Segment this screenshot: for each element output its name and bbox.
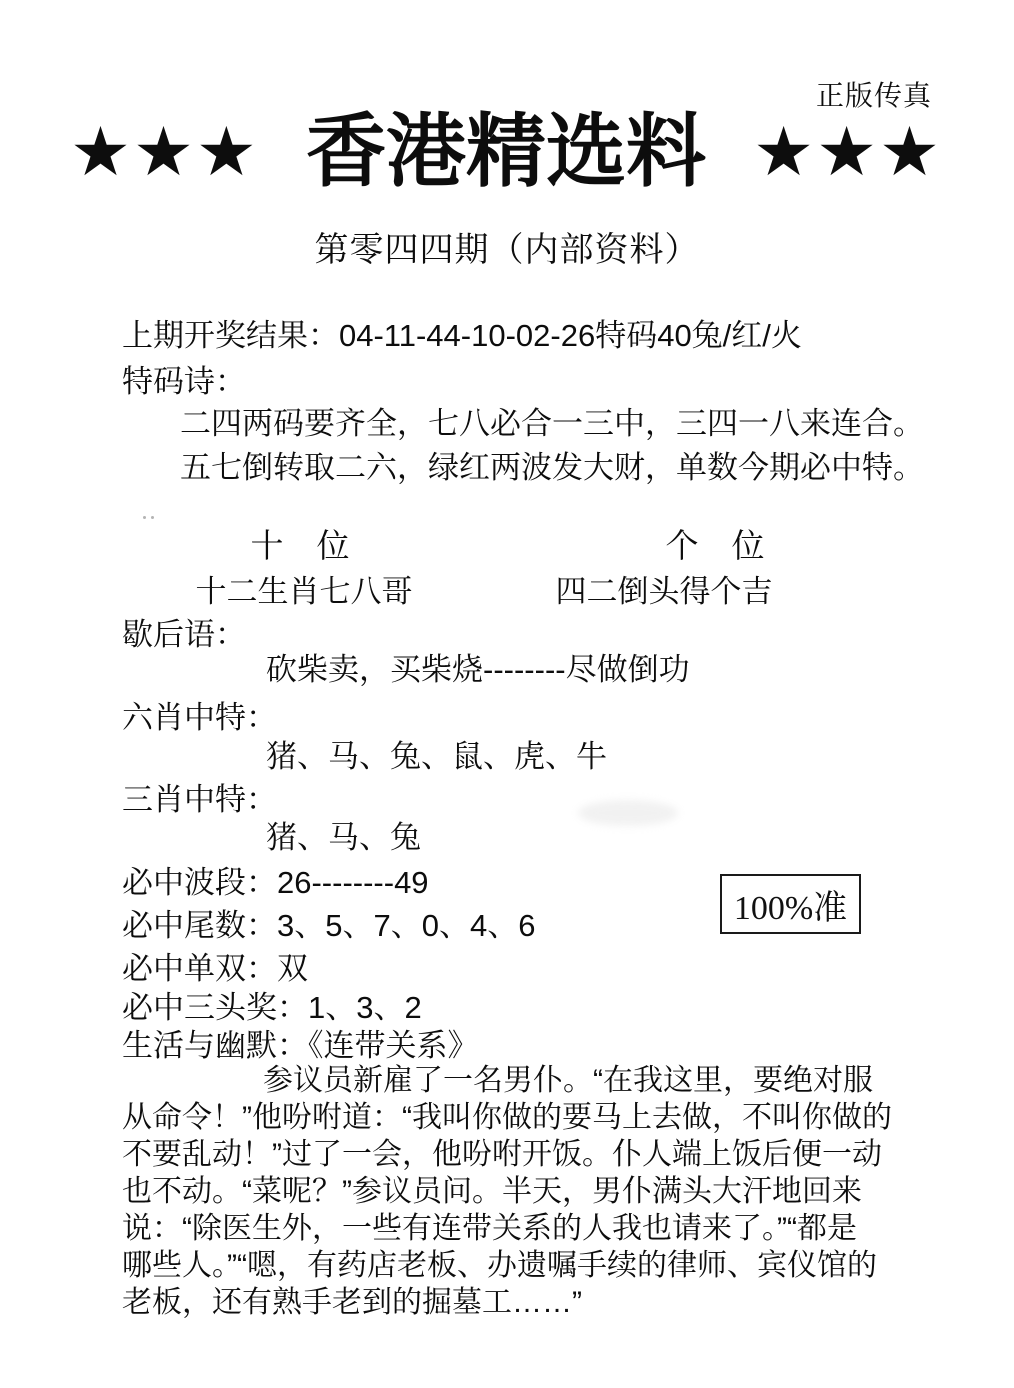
ones-place-hint: 四二倒头得个吉 — [556, 566, 773, 611]
page-title: 香港精选料 — [306, 112, 706, 192]
last-draw-value: 04-11-44-10-02-26特码40兔/红/火 — [339, 318, 802, 353]
scan-artifact-dots — [143, 516, 155, 520]
story-line: 从命令！”他吩咐道：“我叫你做的要马上去做，不叫你做的 — [122, 1099, 912, 1136]
six-zodiac-value: 猪、马、兔、鼠、虎、牛 — [266, 739, 607, 775]
six-zodiac-label: 六肖中特： — [122, 700, 277, 736]
stars-right-decoration: ★★★ — [753, 118, 942, 186]
story-line: 参议员新雇了一名男仆。“在我这里，要绝对服 — [122, 1062, 912, 1099]
prediction-wave-range-value: 26--------49 — [277, 865, 429, 900]
fax-sheet-page: 正版传真 ★★★ 香港精选料 ★★★ 第零四四期（内部资料） 上期开奖结果：04… — [0, 0, 1014, 1388]
three-zodiac-value: 猪、马、兔 — [266, 820, 421, 856]
accuracy-stamp-text: 100%准 — [734, 880, 847, 929]
scan-artifact-smudge — [578, 800, 678, 826]
prediction-odd-even-value: 双 — [277, 951, 308, 986]
issue-subtitle: 第零四四期（内部资料） — [0, 222, 1014, 271]
prediction-odd-even-label: 必中单双： — [122, 951, 277, 986]
idiom-value: 砍柴卖，买柴烧--------尽做倒功 — [266, 652, 690, 688]
prediction-odd-even: 必中单双：双 — [122, 951, 308, 987]
prediction-tail-numbers: 必中尾数：3、5、7、0、4、6 — [122, 908, 535, 944]
story-line: 哪些人。”“嗯，有药店老板、办遗嘱手续的律师、宾仪馆的 — [122, 1247, 912, 1284]
prediction-wave-range-label: 必中波段： — [122, 865, 277, 900]
three-zodiac-label: 三肖中特： — [122, 782, 277, 818]
humor-story: 参议员新雇了一名男仆。“在我这里，要绝对服 从命令！”他吩咐道：“我叫你做的要马… — [122, 1062, 912, 1321]
tens-place-hint: 十二生肖七八哥 — [196, 566, 413, 611]
humor-title-line: 生活与幽默：《连带关系》 — [122, 1028, 479, 1064]
last-draw-result-line: 上期开奖结果：04-11-44-10-02-26特码40兔/红/火 — [122, 318, 802, 354]
prediction-tail-numbers-label: 必中尾数： — [122, 908, 277, 943]
prediction-three-heads-label: 必中三头奖： — [122, 990, 308, 1025]
ones-place-header: 个 位 — [666, 520, 765, 567]
stars-left-decoration: ★★★ — [70, 118, 259, 186]
prediction-wave-range: 必中波段：26--------49 — [122, 865, 429, 901]
poem-line-1: 二四两码要齐全，七八必合一三中，三四一八来连合。 — [180, 406, 924, 442]
last-draw-label: 上期开奖结果： — [122, 318, 339, 353]
poem-label: 特码诗： — [122, 364, 246, 400]
story-line: 不要乱动！”过了一会，他吩咐开饭。仆人端上饭后便一动 — [122, 1136, 912, 1173]
title-row: ★★★ 香港精选料 ★★★ — [70, 94, 942, 210]
idiom-label: 歇后语： — [122, 617, 246, 653]
accuracy-stamp-box: 100%准 — [720, 874, 861, 934]
story-line: 说：“除医生外，一些有连带关系的人我也请来了。”“都是 — [122, 1210, 912, 1247]
prediction-three-heads-value: 1、3、2 — [308, 990, 422, 1025]
prediction-tail-numbers-value: 3、5、7、0、4、6 — [277, 908, 535, 943]
story-line: 也不动。“菜呢？”参议员问。半天，男仆满头大汗地回来 — [122, 1173, 912, 1210]
poem-line-2: 五七倒转取二六，绿红两波发大财，单数今期必中特。 — [180, 450, 924, 486]
story-line: 老板，还有熟手老到的掘墓工……” — [122, 1284, 912, 1321]
prediction-three-heads: 必中三头奖：1、3、2 — [122, 990, 422, 1026]
tens-place-header: 十 位 — [251, 520, 350, 567]
